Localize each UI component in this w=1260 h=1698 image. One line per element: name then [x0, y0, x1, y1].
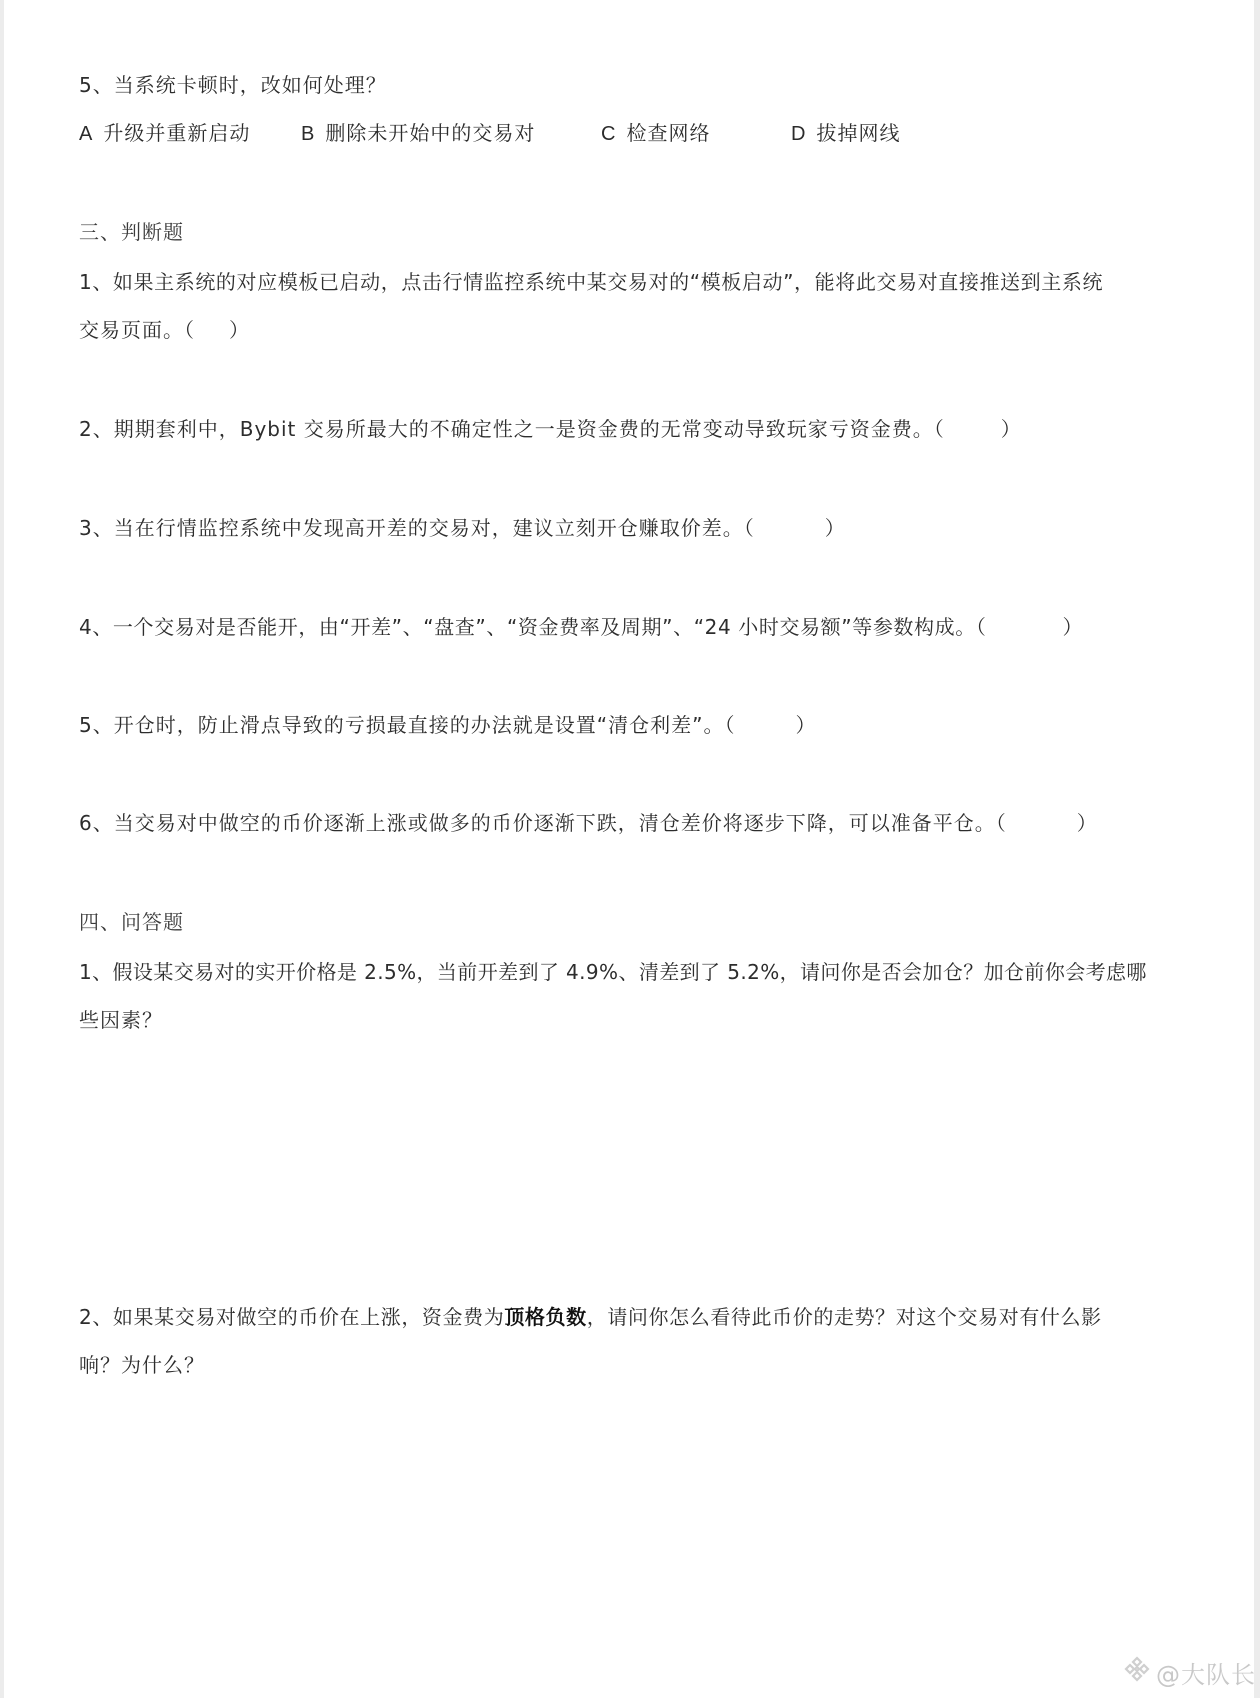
- answer-paren-open: （: [934, 417, 945, 441]
- answer-paren-open: （: [744, 516, 755, 540]
- answer-paren-open: （: [184, 318, 195, 342]
- watermark-text: @大队长: [1156, 1655, 1256, 1690]
- watermark: @大队长: [1124, 1657, 1256, 1687]
- option-label: 拔掉网线: [816, 121, 900, 145]
- document-page: [4, 0, 1254, 1698]
- judge-item-4-text: 4、一个交易对是否能开，由“开差”、“盘查”、“资金费率及周期”、“24 小时交…: [79, 615, 976, 639]
- qa-item-2-line1: 2、如果某交易对做空的币价在上涨，资金费为顶格负数，请问你怎么看待此币价的走势？…: [79, 1304, 1102, 1330]
- judge-item-2-text: 2、期期套利中，Bybit 交易所最大的不确定性之一是资金费的无常变动导致玩家亏…: [79, 417, 934, 441]
- judge-item-5: 5、开仓时，防止滑点导致的亏损最直接的办法就是设置“清仓利差”。（）: [79, 712, 816, 738]
- qa-item-2-emphasis: 顶格负数: [504, 1305, 586, 1329]
- answer-paren-close: ）: [825, 516, 846, 540]
- option-key: C: [601, 123, 616, 145]
- judge-item-6: 6、当交易对中做空的币价逐渐上涨或做多的币价逐渐下跌，清仓差价将逐步下降，可以准…: [79, 810, 1098, 836]
- answer-paren-open: （: [976, 615, 987, 639]
- judge-item-3: 3、当在行情监控系统中发现高开差的交易对，建议立刻开仓赚取价差。（）: [79, 515, 846, 541]
- option-label: 升级并重新启动: [103, 121, 250, 145]
- answer-paren-close: ）: [795, 713, 816, 737]
- option-key: D: [791, 123, 806, 145]
- qa-item-2-text-post: ，请问你怎么看待此币价的走势？对这个交易对有什么影: [587, 1305, 1102, 1329]
- answer-paren-open: （: [996, 811, 1007, 835]
- option-label: 删除未开始中的交易对: [325, 121, 535, 145]
- option-d: D拔掉网线: [791, 120, 900, 147]
- binance-logo-icon: [1124, 1656, 1150, 1688]
- judge-item-2: 2、期期套利中，Bybit 交易所最大的不确定性之一是资金费的无常变动导致玩家亏…: [79, 416, 1022, 442]
- question-5-text: 5、当系统卡顿时，改如何处理？: [79, 72, 387, 98]
- judge-item-1-text: 交易页面。: [79, 318, 184, 342]
- option-a: A升级并重新启动: [79, 120, 250, 147]
- judge-item-3-text: 3、当在行情监控系统中发现高开差的交易对，建议立刻开仓赚取价差。: [79, 516, 744, 540]
- qa-item-1-line2: 些因素？: [79, 1007, 163, 1033]
- answer-paren-close: ）: [1001, 417, 1022, 441]
- option-b: B删除未开始中的交易对: [301, 120, 535, 147]
- judge-item-1-line1: 1、如果主系统的对应模板已启动，点击行情监控系统中某交易对的“模板启动”，能将此…: [79, 269, 1103, 295]
- answer-paren-close: ）: [1077, 811, 1098, 835]
- answer-paren-close: ）: [229, 318, 250, 342]
- answer-paren-close: ）: [1062, 615, 1083, 639]
- judge-item-1-line2: 交易页面。（）: [79, 317, 250, 343]
- option-key: B: [301, 123, 315, 145]
- qa-item-2-text-pre: 2、如果某交易对做空的币价在上涨，资金费为: [79, 1305, 504, 1329]
- judge-item-4: 4、一个交易对是否能开，由“开差”、“盘查”、“资金费率及周期”、“24 小时交…: [79, 614, 1083, 640]
- option-c: C检查网络: [601, 120, 710, 147]
- page-right-margin: [1254, 0, 1260, 1698]
- judge-item-6-text: 6、当交易对中做空的币价逐渐上涨或做多的币价逐渐下跌，清仓差价将逐步下降，可以准…: [79, 811, 996, 835]
- option-label: 检查网络: [626, 121, 710, 145]
- section-4-title: 四、问答题: [79, 909, 184, 935]
- answer-paren-open: （: [724, 713, 735, 737]
- qa-item-2-line2: 响？为什么？: [79, 1352, 205, 1378]
- qa-item-1-line1: 1、假设某交易对的实开价格是 2.5%，当前开差到了 4.9%、清差到了 5.2…: [79, 959, 1147, 985]
- option-key: A: [79, 123, 93, 145]
- section-3-title: 三、判断题: [79, 219, 184, 245]
- judge-item-5-text: 5、开仓时，防止滑点导致的亏损最直接的办法就是设置“清仓利差”。: [79, 713, 724, 737]
